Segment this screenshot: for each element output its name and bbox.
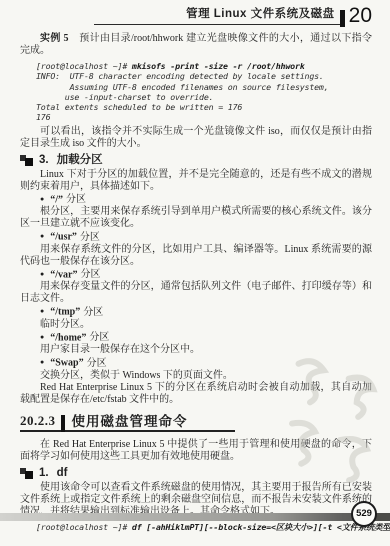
chapter-title: 管理 Linux 文件系统及磁盘 [186,8,335,20]
partition-name: “/home” [50,332,86,343]
partition-bullet: ●“/”分区 [40,193,372,207]
bullet-dot-icon: ● [40,232,44,240]
partition-desc: 用来保存变量文件的分区，通常包括队列文件（电子邮件、打印缓存等）和日志文件。 [20,281,372,305]
terminal-command-line: [root@localhost ~]# mkisofs -print -size… [36,61,372,71]
partition-bullet: ●“Swap”分区 [40,356,372,370]
partition-bullet: ●“/tmp”分区 [40,305,372,319]
df-syntax-block: [root@localhost ~]# df [-ahHiklmPT][--bl… [36,522,372,532]
book-page: 管理 Linux 文件系统及磁盘 20 实例 5 预计由目录/root/hhwo… [0,0,390,546]
section-divider-bar [61,415,65,432]
partition-suffix: 分区 [87,358,107,369]
terminal-output-line: use -input-charset to override. [36,92,372,102]
subsection-number: 1. [39,467,49,479]
bullet-dot-icon: ● [40,195,44,203]
partition-bullet: ●“/home”分区 [40,331,372,345]
chapter-divider-bar [340,10,345,27]
page-header: 管理 Linux 文件系统及磁盘 20 [94,6,372,25]
chapter-title-underline: 管理 Linux 文件系统及磁盘 [94,8,340,25]
partition-desc: 根分区，主要用来保存系统引导到单用户模式所需要的核心系统文件。该分区一旦建立就不… [20,206,372,230]
terminal-output-line: INFO: UTF-8 character encoding detected … [36,71,372,81]
terminal-output-line: Assuming UTF-8 encoded filenames on sour… [36,82,372,92]
partition-name: “/usr” [50,232,77,243]
df-syntax-line: [root@localhost ~]# df [-ahHiklmPT][--bl… [36,522,372,532]
subsection-title: 加载分区 [57,154,103,166]
shell-command: mkisofs -print -size -r /root/hhwork [132,61,305,71]
load-partitions-intro: Linux 下对于分区的加载位置，并不是完全随意的，还是有些不成文的潜规则约束着… [20,169,372,193]
partition-bullet: ●“/usr”分区 [40,230,372,244]
partition-suffix: 分区 [83,307,103,318]
example-paragraph: 实例 5 预计由目录/root/hhwork 建立光盘映像文件的大小，通过以下指… [20,33,372,57]
load-partitions-closing: Red Hat Enterprise Linux 5 下的分区在系统启动时会被自… [20,382,372,406]
subsection-heading-df: 1. df [20,467,372,479]
squares-bullet-icon [20,154,34,166]
subsection-title: df [57,467,68,479]
shell-prompt: [root@localhost ~]# [36,61,132,71]
partition-name: “/” [50,194,63,205]
partition-suffix: 分区 [80,269,100,280]
section-title: 使用磁盘管理命令 [72,416,188,428]
partition-name: “/tmp” [50,307,80,318]
partition-suffix: 分区 [80,232,100,243]
terminal-output-line: Total extents scheduled to be written = … [36,102,372,112]
bullet-dot-icon: ● [40,333,44,341]
bullet-dot-icon: ● [40,358,44,366]
partition-desc: 用户家目录一般保存在这个分区中。 [20,344,372,356]
section-heading-20-2-3: 20.2.3 使用磁盘管理命令 [20,415,235,432]
example-text: 预计由目录/root/hhwork 建立光盘映像文件的大小，通过以下指令完成。 [20,33,372,56]
terminal-output-block: [root@localhost ~]# mkisofs -print -size… [36,61,372,123]
partition-name: “/var” [50,269,77,280]
section-number: 20.2.3 [20,415,61,428]
partition-suffix: 分区 [66,194,86,205]
shell-prompt: [root@localhost ~]# [36,522,132,532]
partition-suffix: 分区 [89,332,109,343]
section-20-2-3-intro: 在 Red Hat Enterprise Linux 5 中提供了一些用于管理和… [20,439,372,463]
footer-bar [0,513,390,521]
subsection-number: 3. [39,154,49,166]
page-number: 529 [356,508,372,520]
bullet-dot-icon: ● [40,270,44,278]
subsection-heading-load-partitions: 3. 加载分区 [20,154,372,166]
example-label: 实例 5 [40,33,69,44]
partition-desc: 临时分区。 [20,319,372,331]
df-command-syntax: df [-ahHiklmPT][--block-size=<区块大小>][-t … [132,522,390,532]
page-number-badge: 529 [351,501,377,527]
partition-desc: 用来保存系统文件的分区，比如用户工具、编译器等。Linux 系统需要的源代码也一… [20,244,372,268]
paragraph-after-terminal: 可以看出，该指令并不实际生成一个光盘镜像文件 iso，而仅仅是预计由指定目录生成… [20,126,372,150]
partition-name: “Swap” [50,358,83,369]
chapter-number: 20 [349,6,372,25]
squares-bullet-icon [20,467,34,479]
bullet-dot-icon: ● [40,307,44,315]
partition-desc: 交换分区，类似于 Windows 下的页面文件。 [20,370,372,382]
terminal-output-line: 176 [36,112,372,122]
partition-bullet: ●“/var”分区 [40,268,372,282]
